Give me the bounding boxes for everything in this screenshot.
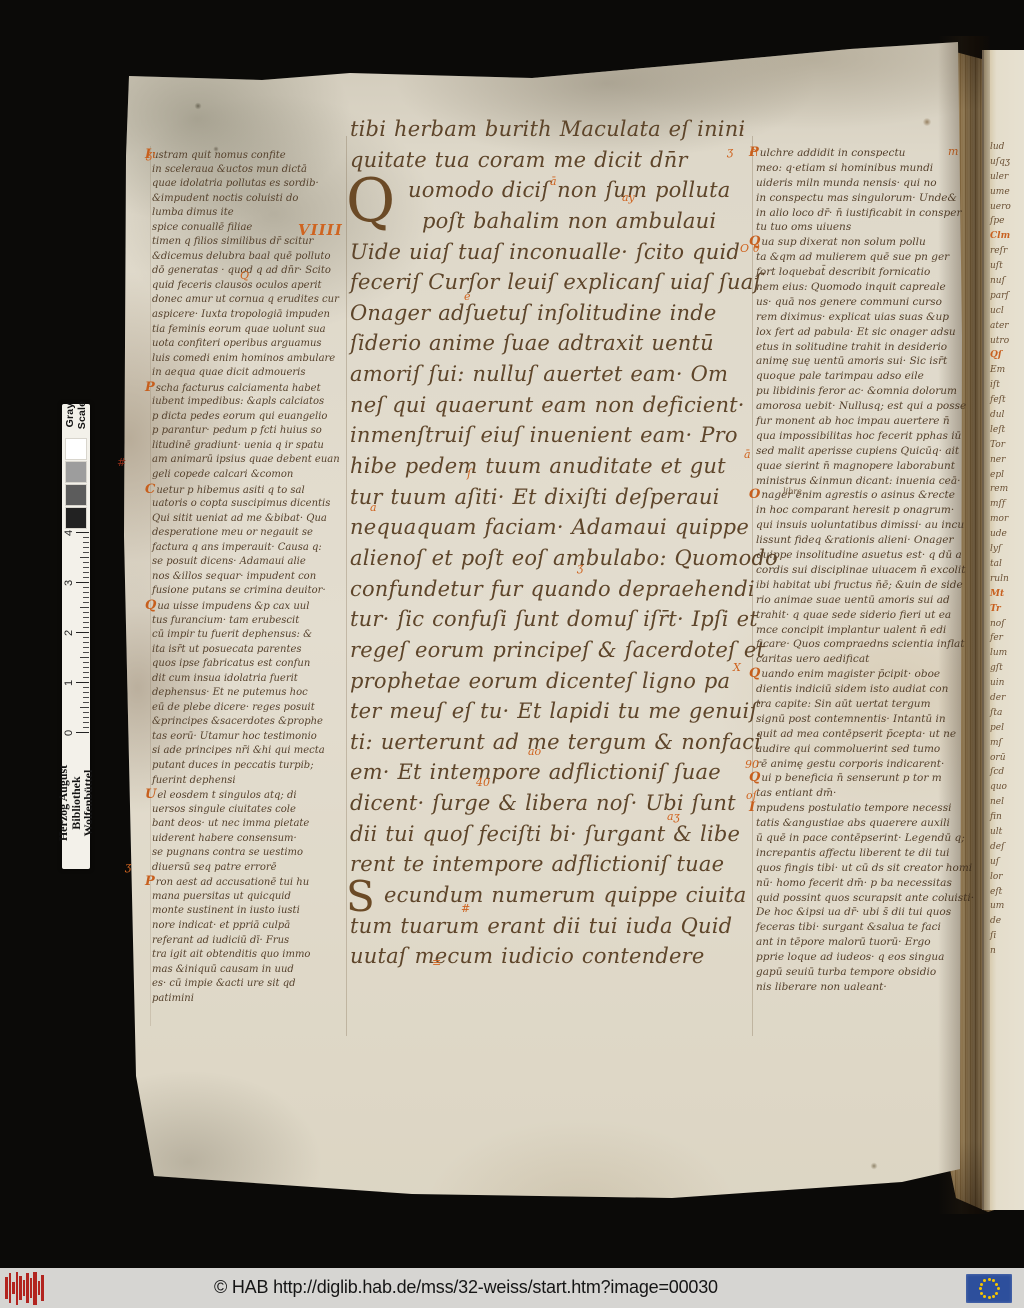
rubric-initial: Q [749,666,760,681]
gloss-line: nis liberare non ualeant· [756,980,992,995]
line-text: um [990,901,1004,911]
flag-star [983,1279,986,1282]
line-text: uſqʒ [990,157,1010,167]
gloss-line: Uel eosdem t singulos atq; di [152,788,348,803]
line-text: am animarū ipsius quae debent euan [152,454,340,465]
line-text: rent te intempore adflictioniſ tuae [350,852,724,876]
gloss-line: tra capite: Sin aūt uertat tergum [756,697,992,712]
barcode-bar [12,1282,15,1294]
next-page-line: mor [990,512,1011,527]
line-text: quo [990,782,1007,792]
gloss-line: caritas uero aedificat [756,652,992,667]
line-text: &principes &sacerdotes &prophe [152,716,323,727]
line-text: neſ qui quaerunt eam non deficient· [350,393,745,417]
line-text: ant in tēpore malorū tuorū· Ergo [756,936,931,948]
line-text: fort loquebat̄ describit fornicatio [756,266,930,278]
main-text-line: nequaquam faciam· Adamaui quippe [350,512,762,543]
next-page-line: nuſ [990,274,1011,289]
next-page-line: fin [990,810,1011,825]
next-page-line: orū [990,751,1011,766]
line-text: caritas uero aedificat [756,653,869,665]
gloss-line: quoque pale tarimpau adso eile [756,369,992,384]
line-text: in hoc comparant heresit p onagrum· [756,504,954,516]
line-text: factura q ans imperauit· Causa q: [152,542,322,553]
line-text: der [990,693,1005,703]
line-text: uideris miln munda nensis· qui no [756,177,937,189]
line-text: lum [990,648,1007,658]
marginal-mark: a [370,502,377,513]
main-text-line: dicent· ſurge & libera noſ· Ubi ſunt [350,788,762,819]
gray-scale-patches [65,437,87,529]
line-text: quid feceris clausos oculos aperit [152,280,322,291]
gray-scale-label: Gray Scale [64,393,88,437]
flag-star [980,1292,983,1295]
marginal-mark: e [464,291,471,302]
gloss-line: quos fingis tibi· ut cū ds sit creator h… [756,861,992,876]
main-text-line: neſ qui quaerunt eam non deficient· [350,390,762,421]
line-text: aspicere· Iuxta tropologiā impuden [152,309,330,320]
line-text: se pugnans contra se uestimo [152,847,303,858]
gloss-line: ita isr̄t ut posuecata parentes [152,643,348,658]
line-text: &dicemus delubra baal quē polluto [152,251,330,262]
next-page-line: nel [990,795,1011,810]
gloss-line: feceras tibi· surgant &salua te faci [756,920,992,935]
marginal-mark: libre [783,486,802,497]
line-text: Mt [990,589,1004,599]
gray-patch [65,507,87,529]
main-text-line: hibe pedem tuum anuditate et gut [350,451,762,482]
line-text: uomodo diciſ non ſum polluta [408,178,730,202]
gloss-line: quid feceris clausos oculos aperit [152,279,348,294]
gray-scale-ruler: Herzog August Bibliothek Wolfenbüttel 01… [62,404,90,869]
line-text: uetur p hibemus asiti q to sal [156,485,304,496]
line-text: rio animae suae uentū amoris sui ad [756,594,950,606]
next-page-line: ume [990,185,1011,200]
next-page-gloss-column: luduſqʒulerumeueroſpeClmreſruſtnuſparſuc… [990,140,1011,959]
line-text: cū impir tu fuerit dephensus: & [152,629,312,640]
barcode-bar [26,1273,29,1303]
line-text: lox fert ad pabula· Et sic onager adsu [756,326,956,338]
eu-flag-icon [966,1274,1012,1303]
ruler-number: 4 [63,530,75,536]
gloss-line: iubent impedibus: &apls calciatos [152,395,348,410]
marginal-mark: ā [744,449,751,460]
gloss-line: ibi habitat ubi fructus n̄ē; &uin de sid… [756,578,992,593]
line-text: parſ [990,291,1009,301]
line-text: el eosdem t singulos atq; di [157,790,296,801]
marginal-mark: ∩ [749,147,758,158]
gloss-line: cū impir tu fuerit dephensus: & [152,628,348,643]
line-text: ſcd [990,767,1004,777]
line-text: tus furancium· tam erubescit [152,615,299,626]
line-text: tas eorū· Utamur hoc testimonio [152,731,317,742]
gloss-line: &impudent noctis coluisti do [152,192,348,207]
next-page-line: noſ [990,617,1011,632]
line-text: ner [990,455,1005,465]
gloss-line: &principes &sacerdotes &prophe [152,715,348,730]
gloss-line: lox fert ad pabula· Et sic onager adsu [756,325,992,340]
gloss-line: ū quē in pace contēpserint· Legendū q; [756,831,992,846]
gloss-line: quae idolatria pollutas es sordib· [152,177,348,192]
next-page-line: quo [990,780,1011,795]
flag-star [992,1295,995,1298]
line-text: mor [990,514,1008,524]
main-text-line: tur· ſic confuſi ſunt domuſ iſr̄t· Ipſi … [350,604,762,635]
gloss-line: us· quā nos genere communi curso [756,295,992,310]
next-page-line: fer [990,631,1011,646]
gloss-line: in alio loco dr̄· n̄ iustificabit in con… [756,206,992,221]
line-text: alienoſ et poſt eoſ ambulabo: Quomodo [350,546,778,570]
next-page-line: parſ [990,289,1011,304]
line-text: cordis sui disciplinae uiuacem n̄ excoli… [756,564,966,576]
line-text: nuſ [990,276,1005,286]
marginal-mark: ʒ [577,562,583,573]
gloss-line: monte sustinent in iusto iusti [152,904,348,919]
flag-star [988,1278,991,1281]
line-text: iubent impedibus: &apls calciatos [152,396,324,407]
marginal-mark: # [117,457,126,468]
marginal-mark: X [733,662,741,673]
next-page-line: ner [990,453,1011,468]
gray-patch [65,484,87,506]
line-text: deſ [990,842,1004,852]
line-text: tia feminis eorum quae uolunt sua [152,324,326,335]
next-page-line: rem [990,482,1011,497]
main-text-line: prophetae eorum dicenteſ ligno pa [350,666,762,697]
line-text: signū post contemnentis· Intantū in [756,713,946,725]
gloss-line: uota confiteri operibus arguamus [152,337,348,352]
line-text: es· cū impie &acti ure sit qd [152,978,296,989]
line-text: &impudent noctis coluisti do [152,193,298,204]
line-text: ſpe [990,216,1004,226]
line-text: quit ad mea contēpserit p̄cepta· ut ne [756,728,956,740]
line-text: confundetur fur quando depraehendi [350,577,755,601]
barcode-bar [5,1277,8,1299]
next-page-line: lor [990,870,1011,885]
next-page-line: ruln [990,572,1011,587]
line-text: Uide uiaſ tuaſ inconualle· ſcito quid [350,240,740,264]
gloss-line: qui insuis uoluntatibus dimissi· au incu [756,518,992,533]
gloss-line: Qua uisse impudens &p cax uul [152,599,348,614]
gloss-line: tas eorū· Utamur hoc testimonio [152,730,348,745]
gloss-line: es· cū impie &acti ure sit qd [152,977,348,992]
barcode-bar [9,1273,11,1303]
gloss-line: in sceleraua &uctos mun dictā [152,163,348,178]
next-page-line: ult [990,825,1011,840]
barcode-bar [16,1272,18,1305]
line-text: ficare· Quos compraedns scientia inflat [756,638,964,650]
gloss-line: aspicere· Iuxta tropologiā impuden [152,308,348,323]
line-text: feceriſ Curſor leuiſ explicanſ uiaſ ſuaſ [350,270,761,294]
gloss-line: tra igit ait obtenditis quo immo [152,948,348,963]
registration-barcode [5,1271,45,1305]
line-text: Qui sitit ueniat ad me &bibat· Qua [152,513,327,524]
left-gloss-column: Iustram quit nomus confitein sceleraua &… [152,148,348,1006]
line-text: quitate tua coram me dicit dn̄r [350,148,688,172]
line-text: timen q filios similibus dr̄ scitur [152,236,313,247]
line-text: eū de plebe dicere· reges posuit [152,702,315,713]
line-text: Tor [990,440,1005,450]
gloss-line: quid possint quos scurapsit ante coluist… [756,891,992,906]
line-text: nequaquam faciam· Adamaui quippe [350,515,749,539]
line-text: referant ad iudiciū dī· Frus [152,935,289,946]
line-text: tur tuum aſiti· Et dixiſti deſperaui [350,485,720,509]
gray-patch [65,438,87,460]
line-text: ua sup dixerat non solum pollu [761,236,925,248]
barcode-bar [30,1278,32,1298]
next-page-line: mſf [990,497,1011,512]
gloss-line: lumba dimus ite [152,206,348,221]
line-text: si ade principes nr̄i &hi qui mecta [152,745,325,756]
barcode-bar [19,1276,22,1300]
gloss-line: Qui p beneficia n̄ senserunt p tor m [756,771,992,786]
line-text: hibe pedem tuum anuditate et gut [350,454,726,478]
gray-patch [65,461,87,483]
next-page-line: Em [990,363,1011,378]
main-text-line: regeſ eorum principeſ & ſacerdoteſ et [350,635,762,666]
line-text: ministrus &inmun dicant: inuenia ceā· [756,475,960,487]
line-text: ter meuſ eſ tu· Et lapidi tu me genuiſ [350,699,757,723]
line-text: prophetae eorum dicenteſ ligno pa [350,669,730,693]
line-text: in conspectu mas singulorum· Unde& [756,192,957,204]
main-text-line: quitate tua coram me dicit dn̄r [350,145,762,176]
line-text: quae idolatria pollutas es sordib· [152,178,319,189]
copyright-text: © HAB http://diglib.hab.de/mss/32-weiss/… [214,1277,718,1298]
main-text-line: poſt bahalim non ambulaui [350,206,762,237]
gloss-line: dit cum insua idolatria fuerit [152,672,348,687]
gloss-line: desperatione meu or negauit se [152,526,348,541]
line-text: audire qui commoluerint sed tumo [756,743,940,755]
gloss-line: quae sierint n̄ magnopere laborabunt [756,459,992,474]
next-page-line: uſ [990,855,1011,870]
main-text-line: Onager adſuetuſ inſolitudine inde [350,298,762,329]
line-text: amoriſ ſui: nulluſ auertet eam· Om [350,362,728,386]
line-text: etus in solitudine trahit in desiderio [756,341,947,353]
line-text: tra igit ait obtenditis quo immo [152,949,310,960]
ruler-number: 0 [63,730,75,736]
marginal-mark: ʒı [146,149,156,160]
gloss-line: sed malit aperisse cupiens Quicūq· ait [756,444,992,459]
next-page-line: feſt [990,393,1011,408]
marginal-mark: ſ [467,468,471,479]
next-page-line: uſt [990,259,1011,274]
line-text: diuersū seq patre errorē [152,862,277,873]
gloss-line: ficare· Quos compraedns scientia inflat [756,637,992,652]
marginal-mark: VIIII [298,225,343,236]
line-text: uiderent habere consensum· [152,833,297,844]
gloss-line: in conspectu mas singulorum· Unde& [756,191,992,206]
flag-star [988,1296,991,1299]
line-text: orū [990,753,1006,763]
barcode-bar [33,1272,37,1305]
marginal-mark: ao [528,746,541,757]
line-text: pprie loque ad iudeos· q eos singua [756,951,944,963]
rubric-initial: P [145,874,155,889]
gloss-line: Pscha facturus calciamenta habet [152,381,348,396]
flag-star [995,1283,998,1286]
marginal-mark: ʒ [727,146,733,157]
line-text: leſt [990,425,1005,435]
gloss-line: pu libidinis feror ac· &omnia dolorum [756,384,992,399]
line-text: qua impossibilitas hoc fecerit pphas iū [756,430,961,442]
gloss-line: gapū seuiū turba tempore obsidio [756,965,992,980]
line-text: dul [990,410,1004,420]
gloss-line: mas &iniquū causam in uud [152,963,348,978]
line-text: ustram quit nomus confite [152,150,286,161]
marginal-mark: aʒ [667,811,680,822]
line-text: in sceleraua &uctos mun dictā [152,164,307,175]
gloss-line: litudinē gradiunt· uenia q ir spatu [152,439,348,454]
gloss-line: uersos singule ciuitates cole [152,803,348,818]
gloss-line: rem diximus· explicat uias suas &up [756,310,992,325]
gloss-line: ant in tēpore malorū tuorū· Ergo [756,935,992,950]
rubric-initial: Q [749,770,760,785]
line-text: ua uisse impudens &p cax uul [157,601,309,612]
gloss-line: Cuetur p hibemus asiti q to sal [152,483,348,498]
line-text: mana puersitas ut quicquid [152,891,291,902]
gloss-line: etus in solitudine trahit in desiderio [756,340,992,355]
next-page-line: de [990,914,1011,929]
next-page-line: lud [990,140,1011,155]
line-text: dii tui quoſ feciſti bi· ſurgant & libe [350,822,740,846]
main-text-line: tur tuum aſiti· Et dixiſti deſperaui [350,482,762,513]
line-text: quoque pale tarimpau adso eile [756,370,924,382]
line-text: se posuit dicens· Adamaui alie [152,556,306,567]
marginal-mark: Q [240,270,249,281]
gloss-line: ta &qm ad mulierem quē sue pn ger [756,250,992,265]
main-text-line: tibi herbam burith Maculata eſ inini [350,114,762,145]
next-page-line: lum [990,646,1011,661]
next-page-line: Mt [990,587,1011,602]
next-page-line: Tr [990,602,1011,617]
line-text: ſiderio anime ſuae adtraxit uentū [350,331,714,355]
line-text: nem eius: Quomodo inquit capreale [756,281,946,293]
next-page-line: ater [990,319,1011,334]
gloss-line: luis comedi enim hominos ambulare [152,352,348,367]
line-text: uler [990,172,1008,182]
main-text-line: Secundum numerum quippe ciuita [350,880,762,911]
line-text: uersos singule ciuitates cole [152,804,296,815]
line-text: litudinē gradiunt· uenia q ir spatu [152,440,324,451]
flag-star [983,1295,986,1298]
line-text: geli copede calcari &comon [152,469,293,480]
gloss-line: diuersū seq patre errorē [152,861,348,876]
ruler-ticks: 01234 [62,529,90,737]
line-text: donec amur ut cornua q erudites cur [152,294,339,305]
line-text: utro [990,336,1009,346]
line-text: ulchre addidit in conspectu [760,147,906,159]
flag-star [979,1287,982,1290]
line-text: Em [990,365,1005,375]
marginal-mark: θ [753,243,760,254]
marginal-mark: ay [622,192,635,203]
line-text: tum tuarum erant dii tui iuda Quid [350,914,732,938]
barcode-bar [41,1275,44,1301]
line-text: ū quē in pace contēpserint· Legendū q; [756,832,965,844]
line-text: nis liberare non ualeant· [756,981,887,993]
line-text: tibi herbam burith Maculata eſ inini [350,117,745,141]
line-text: ibi habitat ubi fructus n̄ē; &uin de sid… [756,579,963,591]
line-text: amorosa uebit· Nullusq; est qui a posse [756,400,966,412]
line-text: rem diximus· explicat uias suas &up [756,311,949,323]
line-text: dientis indiciū sidem isto audiat con [756,683,948,695]
gloss-line: Qui sitit ueniat ad me &bibat· Qua [152,512,348,527]
main-text-line: Uide uiaſ tuaſ inconualle· ſcito quid [350,237,762,268]
line-text: nū· homo fecerit dm̄· p ba necessitas [756,877,952,889]
gloss-line: amorosa uebit· Nullusq; est qui a posse [756,399,992,414]
gloss-line: si ade principes nr̄i &hi qui mecta [152,744,348,759]
rubric-initial: P [145,380,155,395]
next-page-line: epl [990,468,1011,483]
next-page-line: lyſ [990,542,1011,557]
line-text: monte sustinent in iusto iusti [152,905,300,916]
gloss-line: dephensus· Et ne putemus hoc [152,686,348,701]
next-page-line: ucl [990,304,1011,319]
next-page-line: um [990,899,1011,914]
line-text: desperatione meu or negauit se [152,527,313,538]
next-page-line: uſqʒ [990,155,1011,170]
gloss-line: se pugnans contra se uestimo [152,846,348,861]
next-page-line: mſ [990,736,1011,751]
gloss-line: p dicta pedes eorum qui euangelio [152,410,348,425]
line-text: rem [990,484,1008,494]
flag-star [980,1283,983,1286]
rubric-initial: O [749,487,760,502]
gloss-line: am animarū ipsius quae debent euan [152,453,348,468]
gloss-line: quit ad mea contēpserit p̄cepta· ut ne [756,727,992,742]
gloss-line: uiderent habere consensum· [152,832,348,847]
gloss-line: animę suę uentū amoris sui· Sic isr̄t [756,354,992,369]
main-text-line: feceriſ Curſor leuiſ explicanſ uiaſ ſuaſ [350,267,762,298]
line-text: meo: q·etiam si hominibus mundi [756,162,933,174]
gloss-line: De hoc &ipsi ua dr̄· ubi s̄ dii tui quos [756,905,992,920]
line-text: quae sierint n̄ magnopere laborabunt [756,460,955,472]
gloss-line: geli copede calcari &comon [152,468,348,483]
gloss-line: &dicemus delubra baal quē polluto [152,250,348,265]
main-text-line: dii tui quoſ feciſti bi· ſurgant & libe [350,819,762,850]
line-text: fusione putans se crimina deuitor· [152,585,326,596]
marginal-mark: 90 [745,759,759,770]
gloss-line: bant deos· ut nec imma pietate [152,817,348,832]
next-page-line: uero [990,200,1011,215]
next-page-line: iſt [990,378,1011,393]
line-text: putant duces in peccatis turpib; [152,760,314,771]
marginal-mark: ʒ [125,861,131,872]
main-text-line: tum tuarum erant dii tui iuda Quid [350,911,762,942]
main-text-line: alienoſ et poſt eoſ ambulabo: Quomodo [350,543,762,574]
line-text: noſ [990,619,1005,629]
gloss-line: uatoris o copta suscipimus dicentis [152,497,348,512]
line-text: uutaſ mecum iudicio contendere [350,944,705,968]
ruler-number: 2 [63,630,75,636]
line-text: Clm [990,231,1010,241]
institution-label: Herzog August Bibliothek Wolfenbüttel [57,737,95,869]
gloss-line: mana puersitas ut quicquid [152,890,348,905]
line-text: tu tuo oms uiuens [756,221,851,233]
marginal-mark: m [948,146,958,157]
gloss-line: in hoc comparant heresit p onagrum· [756,503,992,518]
next-page-line: leſt [990,423,1011,438]
next-page-line: ſta [990,706,1011,721]
main-text-line: amoriſ ſui: nulluſ auertet eam· Om [350,359,762,390]
footer-bar: © HAB http://diglib.hab.de/mss/32-weiss/… [0,1268,1024,1308]
line-text: ti: uerterunt ad me tergum & nonfaci [350,730,761,754]
main-text-line: ſiderio anime ſuae adtraxit uentū [350,328,762,359]
line-text: dit cum insua idolatria fuerit [152,673,298,684]
gloss-line: in aequa quae dicit admoueris [152,366,348,381]
line-text: quid possint quos scurapsit ante coluist… [756,892,974,904]
gloss-line: tia feminis eorum quae uolunt sua [152,323,348,338]
